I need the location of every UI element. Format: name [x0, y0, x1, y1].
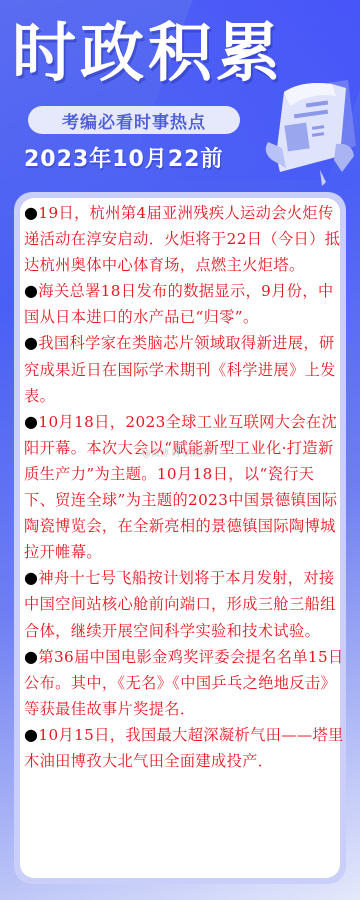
- list-item: ●我国科学家在类脑芯片领域取得新进展，研究成果近日在国际学术期刊《科学进展》上发…: [24, 330, 344, 408]
- item-text: 我国科学家在类脑芯片领域取得新进展，研究成果近日在国际学术期刊《科学进展》上发表…: [24, 334, 336, 404]
- list-item: ●10月18日，2023全球工业互联网大会在沈阳开幕。本次大会以“赋能新型工业化…: [24, 409, 344, 566]
- bullet-icon: ●: [24, 412, 38, 431]
- list-item: ●19日，杭州第4届亚洲残疾人运动会火炬传递活动在淳安启动．火炬将于22日（今日…: [24, 200, 344, 278]
- item-text: 19日，杭州第4届亚洲残疾人运动会火炬传递活动在淳安启动．火炬将于22日（今日）…: [24, 204, 340, 274]
- watermark: @微博 时事热点: [142, 446, 208, 459]
- bullet-icon: ●: [24, 725, 38, 744]
- bullet-icon: ●: [24, 333, 38, 352]
- list-item: ●神舟十七号飞船按计划将于本月发射，对接中国空间站核心舱前向端口，形成三舱三船组…: [24, 565, 344, 643]
- date-label: 2023年10月22前: [24, 142, 223, 173]
- bullet-icon: ●: [24, 568, 38, 587]
- item-text: 10月15日，我国最大超深凝析气田——塔里木油田博孜大北气田全面建成投产．: [24, 726, 344, 770]
- bullet-icon: ●: [24, 281, 38, 300]
- news-list: ●19日，杭州第4届亚洲残疾人运动会火炬传递活动在淳安启动．火炬将于22日（今日…: [24, 200, 344, 774]
- subtitle-pill: 考编必看时事热点: [28, 106, 240, 134]
- item-text: 10月18日，2023全球工业互联网大会在沈阳开幕。本次大会以“赋能新型工业化·…: [24, 413, 337, 561]
- item-text: 海关总署18日发布的数据显示，9月份，中国从日本进口的水产品已“归零”。: [24, 282, 334, 326]
- page-title: 时政积累: [12, 18, 284, 90]
- list-item: ●10月15日，我国最大超深凝析气田——塔里木油田博孜大北气田全面建成投产．: [24, 722, 344, 774]
- bullet-icon: ●: [24, 203, 38, 222]
- item-text: 第36届中国电影金鸡奖评委会提名名单15日公布。其中，《无名》《中国乒乓之绝地反…: [24, 648, 344, 718]
- list-item: ●第36届中国电影金鸡奖评委会提名名单15日公布。其中，《无名》《中国乒乓之绝地…: [24, 644, 344, 722]
- item-text: 神舟十七号飞船按计划将于本月发射，对接中国空间站核心舱前向端口，形成三舱三船组合…: [24, 569, 336, 639]
- list-item: ●海关总署18日发布的数据显示，9月份，中国从日本进口的水产品已“归零”。: [24, 278, 344, 330]
- newspaper-scroll-icon: [262, 76, 358, 186]
- bullet-icon: ●: [24, 647, 38, 666]
